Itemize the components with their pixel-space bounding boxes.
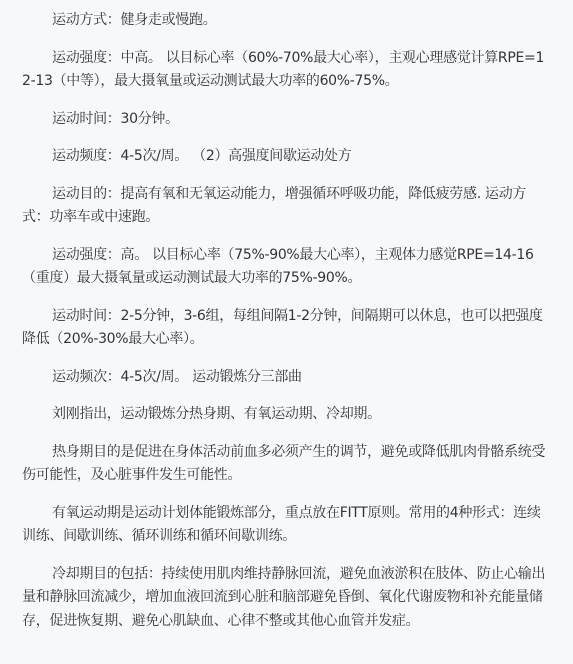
paragraph-exercise-intensity-high: 运动强度：高。 以目标心率（75%-90%最大心率），主观体力感觉RPE=14-… xyxy=(22,244,552,291)
article-body: 运动方式：健身走或慢跑。 运动强度：中高。 以目标心率（60%-70%最大心率）… xyxy=(0,0,573,633)
paragraph-exercise-duration: 运动时间：30分钟。 xyxy=(22,108,552,132)
paragraph-exercise-intensity-moderate: 运动强度：中高。 以目标心率（60%-70%最大心率），主观心理感觉计算RPE=… xyxy=(22,47,552,94)
paragraph-cooldown: 冷却期目的包括：持续使用肌肉维持静脉回流，避免血液淤积在肢体、防止心输出量和静脉… xyxy=(22,563,552,634)
paragraph-exercise-mode: 运动方式：健身走或慢跑。 xyxy=(22,9,552,33)
paragraph-interval-duration: 运动时间：2-5分钟，3-6组，每组间隔1-2分钟，间隔期可以休息，也可以把强度… xyxy=(22,305,552,352)
paragraph-interval-frequency: 运动频次：4-5次/周。 运动锻炼分三部曲 xyxy=(22,366,552,390)
paragraph-exercise-frequency: 运动频度：4-5次/周。 （2）高强度间歇运动处方 xyxy=(22,145,552,169)
paragraph-aerobic: 有氧运动期是运动计划体能锻炼部分，重点放在FITT原则。常用的4种形式：连续训练… xyxy=(22,502,552,549)
paragraph-warmup: 热身期目的是促进在身体活动前血多必须产生的调节，避免或降低肌肉骨骼系统受伤可能性… xyxy=(22,441,552,488)
paragraph-three-phases: 刘刚指出，运动锻炼分热身期、有氧运动期、冷却期。 xyxy=(22,403,552,427)
paragraph-exercise-purpose: 运动目的：提高有氧和无氧运动能力，增强循环呼吸功能，降低疲劳感. 运动方式：功率… xyxy=(22,183,552,230)
